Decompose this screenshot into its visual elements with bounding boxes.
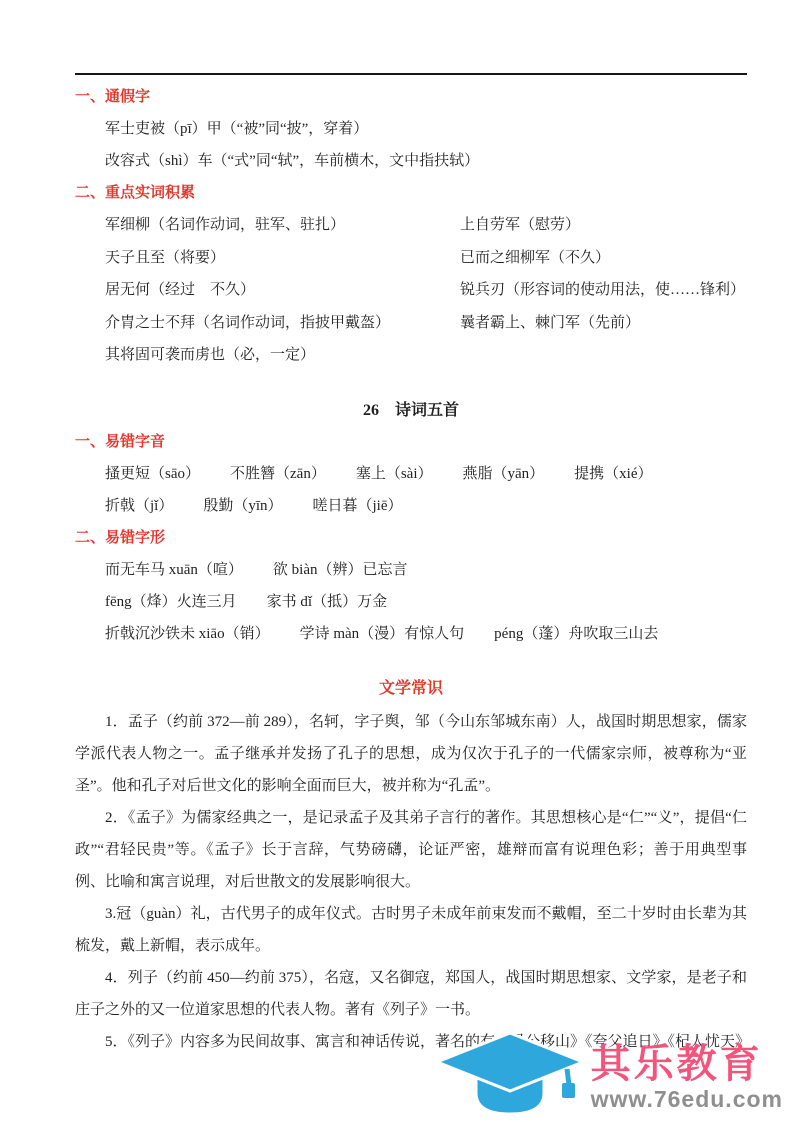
tongjiazi-item: 军士吏被（pī）甲（“被”同“披”，穿着） xyxy=(105,113,747,145)
shici-item: 介胄之士不拜（名词作动词，指披甲戴盔） xyxy=(105,307,460,340)
zixing-phrase: 折戟沉沙铁未 xiāo（销） xyxy=(105,618,270,650)
wenxue-paragraph: 3.冠（guàn）礼，古代男子的成年仪式。古时男子未成年前束发而不戴帽，至二十岁… xyxy=(75,898,747,962)
wenxue-paragraph: 2．《孟子》为儒家经典之一，是记录孟子及其弟子言行的著作。其思想核心是“仁”“义… xyxy=(75,802,747,898)
zixing-line: fēng（烽）火连三月 家书 dǐ（抵）万金 xyxy=(105,586,747,618)
document-page: 一、通假字 军士吏被（pī）甲（“被”同“披”，穿着） 改容式（shì）车（“式… xyxy=(0,0,793,1122)
shici-item: 曩者霸上、棘门军（先前） xyxy=(460,307,747,340)
section-heading-shici: 二、重点实词积累 xyxy=(75,177,747,209)
tongjiazi-item: 改容式（shì）车（“式”同“轼”，车前横木，文中指扶轼） xyxy=(105,145,747,177)
zixing-line: 折戟沉沙铁未 xiāo（销） 学诗 màn（漫）有惊人句 péng（蓬）舟吹取三… xyxy=(105,618,747,650)
zixing-phrase: 学诗 màn（漫）有惊人句 xyxy=(300,618,465,650)
shici-left-column: 军细柳（名词作动词，驻军、驻扎） 天子且至（将要） 居无何（经过 不久） 介胄之… xyxy=(105,209,460,372)
lesson-title: 26 诗词五首 xyxy=(75,396,747,426)
watermark-text: 其乐教育 www.76edu.com xyxy=(591,1042,783,1112)
zixing-phrase: 家书 dǐ（抵）万金 xyxy=(267,586,387,618)
zixing-phrase: fēng（烽）火连三月 xyxy=(105,586,237,618)
zixing-phrase: péng（蓬）舟吹取三山去 xyxy=(494,618,658,650)
shici-item: 天子且至（将要） xyxy=(105,242,460,275)
graduation-cap-icon xyxy=(435,1031,585,1122)
shici-item: 已而之细柳军（不久） xyxy=(460,242,747,275)
pinyin-phrase: 折戟（jǐ） xyxy=(105,490,173,522)
section-heading-tongjiazi: 一、通假字 xyxy=(75,81,747,113)
shici-item: 其将固可袭而虏也（必，一定） xyxy=(105,339,460,372)
shici-right-column: 上自劳军（慰劳） 已而之细柳军（不久） 锐兵刃（形容词的使动用法，使……锋利） … xyxy=(460,209,747,372)
brand-name: 其乐教育 xyxy=(591,1042,763,1086)
wenxue-paragraphs: 1．孟子（约前 372—前 289），名轲，字子舆，邹（今山东邹城东南）人，战国… xyxy=(75,706,747,1058)
pinyin-phrase: 嗟日暮（jiē） xyxy=(313,490,403,522)
pinyin-phrase: 搔更短（sāo） xyxy=(105,458,200,490)
section-heading-xing: 二、易错字形 xyxy=(75,522,747,554)
zixing-phrase: 欲 biàn（辨）已忘言 xyxy=(273,554,408,586)
brand-url: www.76edu.com xyxy=(591,1086,783,1112)
shici-item: 居无何（经过 不久） xyxy=(105,274,460,307)
wenxue-paragraph: 1．孟子（约前 372—前 289），名轲，字子舆，邹（今山东邹城东南）人，战国… xyxy=(75,706,747,802)
site-watermark: 其乐教育 www.76edu.com xyxy=(435,1031,783,1122)
document-content: 一、通假字 军士吏被（pī）甲（“被”同“披”，穿着） 改容式（shì）车（“式… xyxy=(75,73,747,1058)
wenxue-title: 文学常识 xyxy=(75,674,747,704)
wenxue-paragraph: 4．列子（约前 450—约前 375），名寇，又名御寇，郑国人，战国时期思想家、… xyxy=(75,962,747,1026)
pinyin-phrase: 殷勤（yīn） xyxy=(203,490,282,522)
shici-item: 军细柳（名词作动词，驻军、驻扎） xyxy=(105,209,460,242)
pinyin-line: 搔更短（sāo） 不胜簪（zān） 塞上（sài） 燕脂（yān） 提携（xié… xyxy=(105,458,747,490)
shici-two-column-list: 军细柳（名词作动词，驻军、驻扎） 天子且至（将要） 居无何（经过 不久） 介胄之… xyxy=(75,209,747,372)
pinyin-line: 折戟（jǐ） 殷勤（yīn） 嗟日暮（jiē） xyxy=(105,490,747,522)
zixing-phrase: 而无车马 xuān（喧） xyxy=(105,554,243,586)
shici-item: 锐兵刃（形容词的使动用法，使……锋利） xyxy=(460,274,747,307)
shici-item: 上自劳军（慰劳） xyxy=(460,209,747,242)
pinyin-phrase: 提携（xié） xyxy=(574,458,652,490)
zixing-line: 而无车马 xuān（喧） 欲 biàn（辨）已忘言 xyxy=(105,554,747,586)
pinyin-phrase: 燕脂（yān） xyxy=(463,458,545,490)
header-divider xyxy=(75,73,747,75)
pinyin-phrase: 塞上（sài） xyxy=(356,458,433,490)
pinyin-phrase: 不胜簪（zān） xyxy=(230,458,326,490)
section-heading-yin: 一、易错字音 xyxy=(75,426,747,458)
